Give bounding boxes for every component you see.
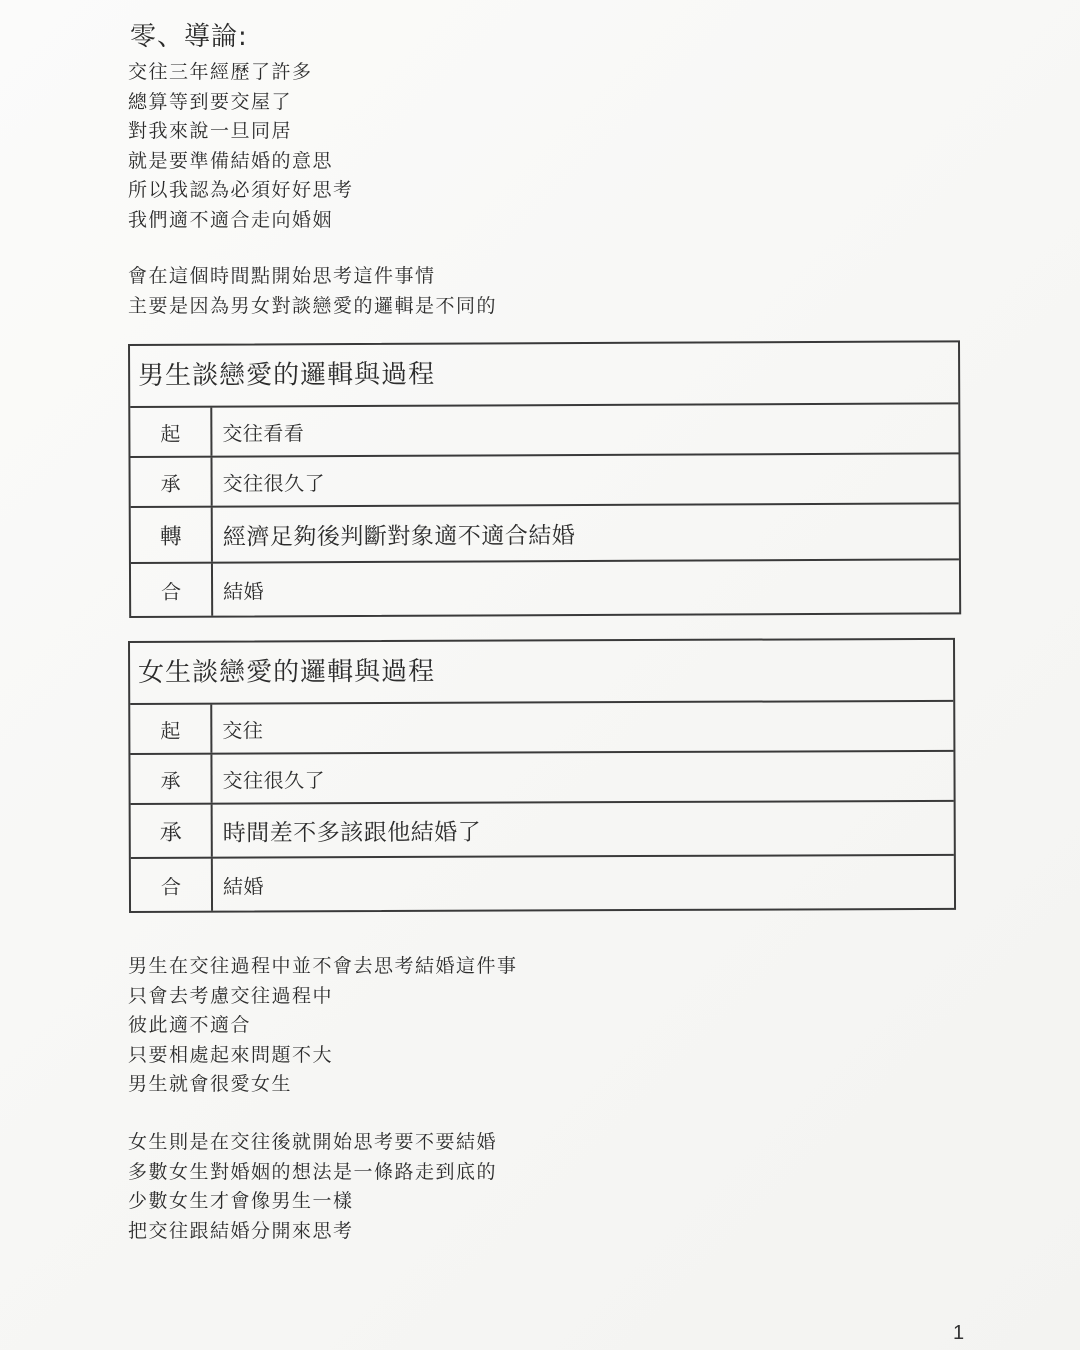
text-line: 只要相處起來問題不大 xyxy=(128,1041,518,1071)
row-value: 經濟足夠後判斷對象適不適合結婚 xyxy=(213,504,959,561)
table-row: 合 結婚 xyxy=(131,560,959,616)
text-line: 少數女生才會像男生一樣 xyxy=(128,1187,497,1217)
text-line: 所以我認為必須好好思考 xyxy=(128,176,354,206)
text-line: 彼此適不適合 xyxy=(128,1011,518,1041)
intro-paragraph: 交往三年經歷了許多 總算等到要交屋了 對我來說一旦同居 就是要準備結婚的意思 所… xyxy=(128,58,354,235)
women-summary-paragraph: 女生則是在交往後就開始思考要不要結婚 多數女生對婚姻的想法是一條路走到底的 少數… xyxy=(128,1128,497,1246)
table-row: 起 交往看看 xyxy=(130,404,958,458)
reason-paragraph: 會在這個時間點開始思考這件事情 主要是因為男女對談戀愛的邏輯是不同的 xyxy=(128,262,497,321)
row-value: 交往看看 xyxy=(212,404,958,455)
text-line: 女生則是在交往後就開始思考要不要結婚 xyxy=(128,1128,497,1158)
table-row: 承 交往很久了 xyxy=(130,454,958,508)
row-value: 交往很久了 xyxy=(212,752,953,803)
row-key: 承 xyxy=(130,755,212,803)
table-row: 承 時間差不多該跟他結婚了 xyxy=(131,802,954,859)
text-line: 對我來說一旦同居 xyxy=(128,117,354,147)
row-key: 承 xyxy=(130,458,212,506)
row-value: 結婚 xyxy=(213,856,954,911)
men-summary-paragraph: 男生在交往過程中並不會去思考結婚這件事 只會去考慮交往過程中 彼此適不適合 只要… xyxy=(128,952,518,1100)
text-line: 多數女生對婚姻的想法是一條路走到底的 xyxy=(128,1158,497,1188)
men-logic-table: 男生談戀愛的邏輯與過程 起 交往看看 承 交往很久了 轉 經濟足夠後判斷對象適不… xyxy=(128,340,961,618)
page-number: 1 xyxy=(953,1322,964,1345)
row-key: 起 xyxy=(130,705,212,753)
row-key: 起 xyxy=(130,408,212,456)
text-line: 我們適不適合走向婚姻 xyxy=(128,206,354,236)
text-line: 男生在交往過程中並不會去思考結婚這件事 xyxy=(128,952,518,982)
row-value: 交往很久了 xyxy=(212,454,958,505)
row-value: 時間差不多該跟他結婚了 xyxy=(213,802,954,857)
text-line: 會在這個時間點開始思考這件事情 xyxy=(128,262,497,292)
row-key: 承 xyxy=(131,805,213,857)
document-page: 零、導論: 交往三年經歷了許多 總算等到要交屋了 對我來說一旦同居 就是要準備結… xyxy=(0,0,1080,1350)
section-heading: 零、導論: xyxy=(130,16,248,53)
text-line: 只會去考慮交往過程中 xyxy=(128,982,518,1012)
text-line: 總算等到要交屋了 xyxy=(128,88,354,118)
row-key: 合 xyxy=(131,859,213,911)
table-row: 起 交往 xyxy=(130,702,953,755)
text-line: 主要是因為男女對談戀愛的邏輯是不同的 xyxy=(128,292,497,322)
table-row: 承 交往很久了 xyxy=(130,752,953,805)
text-line: 把交往跟結婚分開來思考 xyxy=(128,1217,497,1247)
table-title: 男生談戀愛的邏輯與過程 xyxy=(130,342,958,408)
text-line: 男生就會很愛女生 xyxy=(128,1070,518,1100)
table-row: 轉 經濟足夠後判斷對象適不適合結婚 xyxy=(131,504,959,564)
row-value: 結婚 xyxy=(213,560,959,615)
row-value: 交往 xyxy=(212,702,953,753)
table-title: 女生談戀愛的邏輯與過程 xyxy=(130,640,953,705)
text-line: 交往三年經歷了許多 xyxy=(128,58,354,88)
row-key: 合 xyxy=(131,564,213,616)
row-key: 轉 xyxy=(131,508,213,562)
women-logic-table: 女生談戀愛的邏輯與過程 起 交往 承 交往很久了 承 時間差不多該跟他結婚了 合… xyxy=(128,638,956,913)
table-row: 合 結婚 xyxy=(131,856,954,911)
text-line: 就是要準備結婚的意思 xyxy=(128,147,354,177)
